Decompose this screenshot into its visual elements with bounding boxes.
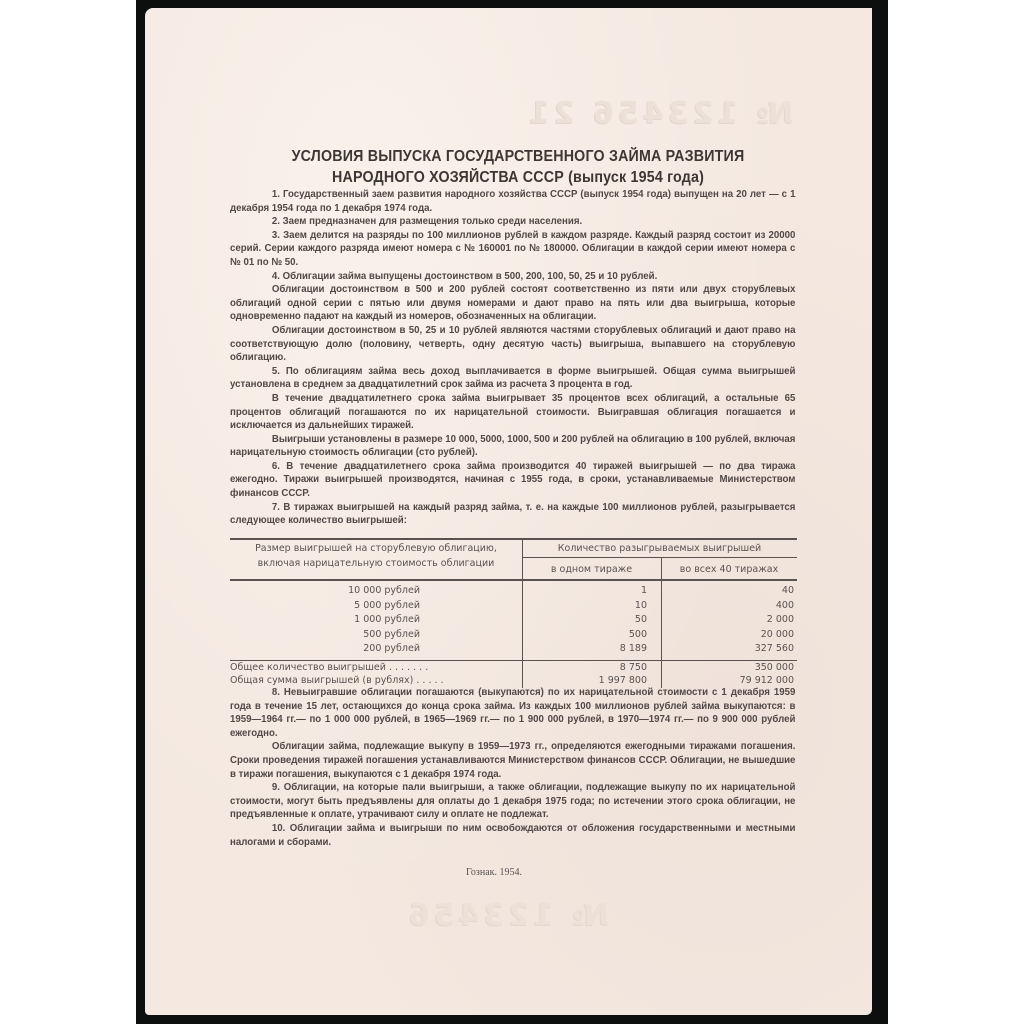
- header-prize-count-group: Количество разыгрываемых выигрышей: [522, 543, 797, 554]
- faint-serial-stamp-bottom: № 123456: [405, 898, 609, 933]
- paragraph: 9. Облигации, на которые пали выигрыши, …: [230, 781, 795, 822]
- paragraph: 3. Заем делится на разряды по 100 миллио…: [230, 229, 795, 270]
- paragraph: 8. Невыигравшие облигации погашаются (вы…: [230, 686, 795, 740]
- table-total-label: Общее количество выигрышей . . . . . . .: [230, 662, 515, 673]
- table-cell-per-draw: 1: [522, 585, 647, 596]
- table-cell-all-draws: 20 000: [661, 629, 794, 640]
- table-cell-prize: 200 рублей: [230, 643, 420, 654]
- paragraph: 7. В тиражах выигрышей на каждый разряд …: [230, 501, 795, 528]
- paragraph: 6. В течение двадцатилетнего срока займа…: [230, 460, 795, 501]
- table-cell-per-draw: 500: [522, 629, 647, 640]
- faint-serial-stamp-top: № 123456 21: [525, 96, 793, 131]
- paragraph: Выигрыши установлены в размере 10 000, 5…: [230, 433, 795, 460]
- table-top-rule: [230, 538, 797, 540]
- table-total-per-draw: 1 997 800: [522, 675, 647, 686]
- table-cell-prize: 5 000 рублей: [230, 600, 420, 611]
- table-total-all-draws: 350 000: [661, 662, 794, 673]
- paragraph: Облигации займа, подлежащие выкупу в 195…: [230, 740, 795, 781]
- document-title-line-1: УСЛОВИЯ ВЫПУСКА ГОСУДАРСТВЕННОГО ЗАЙМА Р…: [262, 146, 774, 167]
- paragraphs-after-table: 8. Невыигравшие облигации погашаются (вы…: [230, 686, 796, 849]
- table-total-all-draws: 79 912 000: [661, 675, 794, 686]
- document-title-line-2: НАРОДНОГО ХОЗЯЙСТВА СССР (выпуск 1954 го…: [262, 167, 774, 188]
- header-per-draw: в одном тираже: [522, 564, 661, 575]
- table-header-rule: [230, 579, 797, 581]
- paragraph: 4. Облигации займа выпущены достоинством…: [230, 270, 795, 284]
- table-cell-all-draws: 40: [661, 585, 794, 596]
- table-cell-all-draws: 400: [661, 600, 794, 611]
- table-totals-rule: [230, 660, 797, 661]
- paragraph: 5. По облигациям займа весь доход выплач…: [230, 365, 795, 392]
- table-cell-all-draws: 2 000: [661, 614, 794, 625]
- header-prize-size-line-1: Размер выигрышей на сторублевую облигаци…: [230, 543, 522, 554]
- table-cell-prize: 10 000 рублей: [230, 585, 420, 596]
- paragraph: В течение двадцатилетнего срока займа вы…: [230, 392, 795, 433]
- header-prize-size-line-2: включая нарицательную стоимость облигаци…: [230, 558, 522, 569]
- table-total-label: Общая сумма выигрышей (в рублях) . . . .…: [230, 675, 515, 686]
- paragraph: 1. Государственный заем развития народно…: [230, 188, 795, 215]
- paragraphs-after-table-wrap: 8. Невыигравшие облигации погашаются (вы…: [230, 686, 796, 849]
- table-cell-prize: 1 000 рублей: [230, 614, 420, 625]
- table-cell-per-draw: 10: [522, 600, 647, 611]
- table-cell-per-draw: 8 189: [522, 643, 647, 654]
- paragraph: 2. Заем предназначен для размещения толь…: [230, 215, 795, 229]
- table-group-rule: [522, 557, 797, 558]
- table-cell-all-draws: 327 560: [661, 643, 794, 654]
- loan-conditions-document: УСЛОВИЯ ВЫПУСКА ГОСУДАРСТВЕННОГО ЗАЙМА Р…: [230, 146, 796, 528]
- header-all-draws: во всех 40 тиражах: [661, 564, 797, 575]
- table-total-per-draw: 8 750: [522, 662, 647, 673]
- paragraph: 10. Облигации займа и выигрыши по ним ос…: [230, 822, 795, 849]
- paragraph: Облигации достоинством в 50, 25 и 10 руб…: [230, 324, 795, 365]
- printer-imprint: Гознак. 1954.: [466, 867, 522, 878]
- table-cell-prize: 500 рублей: [230, 629, 420, 640]
- paragraphs-before-table: 1. Государственный заем развития народно…: [230, 188, 796, 528]
- paragraph: Облигации достоинством в 500 и 200 рубле…: [230, 283, 795, 324]
- table-cell-per-draw: 50: [522, 614, 647, 625]
